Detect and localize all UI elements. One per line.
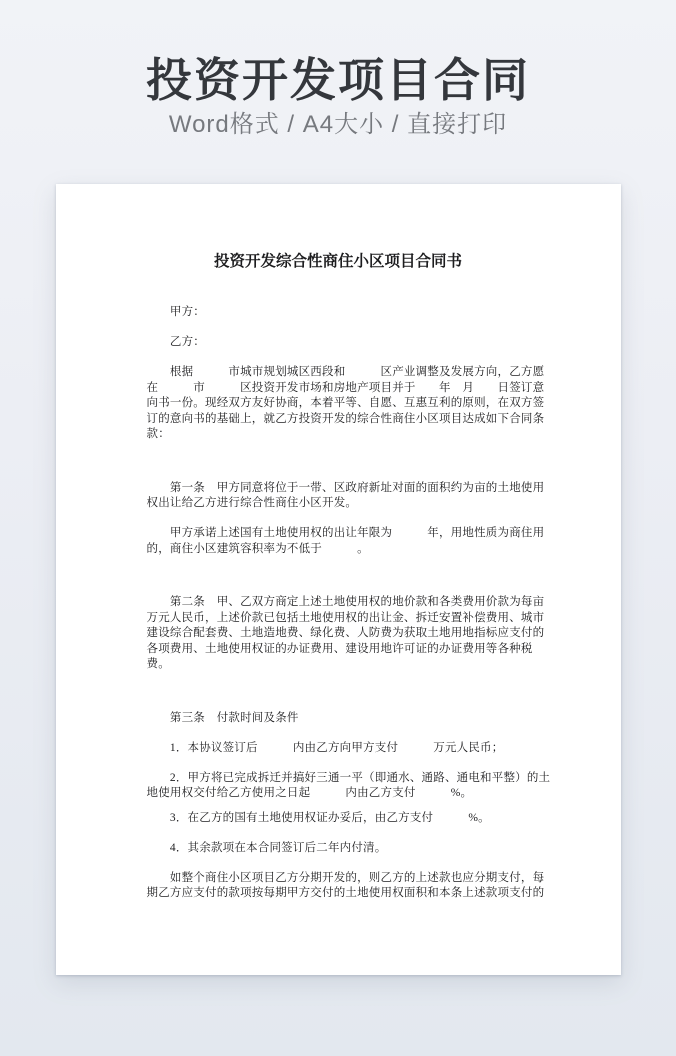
doc-line: 地使用权交付给乙方使用之日起 内由乙方支付 %。 — [147, 786, 530, 802]
paragraph-block: 4．其余款项在本合同签订后二年内付清。 — [147, 841, 530, 857]
promo-header: 投资开发项目合同 Word格式 / A4大小 / 直接打印 — [0, 0, 676, 140]
doc-line: 万元人民币，上述价款已包括土地使用权的出让金、拆迁安置补偿费用、城市 — [147, 611, 530, 627]
doc-line: 根据 市城市规划城区西段和 区产业调整及发展方向，乙方愿 — [147, 365, 530, 381]
doc-line: 甲方： — [147, 305, 530, 321]
paragraph-block: 甲方承诺上述国有土地使用权的出让年限为 年，用地性质为商住用的，商住小区建筑容积… — [147, 526, 530, 557]
paragraph-block: 甲方： — [147, 305, 530, 321]
paragraph-block: 2．甲方将已完成拆迁并搞好三通一平（即通水、通路、通电和平整）的土地使用权交付给… — [147, 771, 530, 802]
doc-line: 款： — [147, 427, 530, 443]
document-title: 投资开发综合性商住小区项目合同书 — [147, 252, 530, 272]
doc-line: 2．甲方将已完成拆迁并搞好三通一平（即通水、通路、通电和平整）的土 — [147, 771, 530, 787]
paragraph-block: 根据 市城市规划城区西段和 区产业调整及发展方向，乙方愿在 市 区投资开发市场和… — [147, 365, 530, 443]
paragraph-block: 如整个商住小区项目乙方分期开发的，则乙方的上述款也应分期支付，每期乙方应支付的款… — [147, 871, 530, 902]
doc-line: 权出让给乙方进行综合性商住小区开发。 — [147, 496, 530, 512]
paragraph-block: 第三条 付款时间及条件 — [147, 711, 530, 727]
doc-line: 各项费用、土地使用权证的办证费用、建设用地许可证的办证费用等各种税 — [147, 642, 530, 658]
doc-line: 向书一份。现经双方友好协商，本着平等、自愿、互惠互利的原则，在双方签 — [147, 396, 530, 412]
doc-line: 费。 — [147, 657, 530, 673]
document-body: 甲方： 乙方： 根据 市城市规划城区西段和 区产业调整及发展方向，乙方愿在 市 … — [147, 305, 530, 902]
paragraph-block: 第一条 甲方同意将位于一带、区政府新址对面的面积约为亩的土地使用权出让给乙方进行… — [147, 481, 530, 512]
doc-line: 1．本协议签订后 内由乙方向甲方支付 万元人民币； — [147, 741, 530, 757]
page-subtitle: Word格式 / A4大小 / 直接打印 — [0, 110, 676, 140]
paragraph-block: 1．本协议签订后 内由乙方向甲方支付 万元人民币； — [147, 741, 530, 757]
doc-line: 第三条 付款时间及条件 — [147, 711, 530, 727]
doc-line: 建设综合配套费、土地造地费、绿化费、人防费为获取土地用地指标应支付的 — [147, 626, 530, 642]
document-page: 投资开发综合性商住小区项目合同书 甲方： 乙方： 根据 市城市规划城区西段和 区… — [56, 184, 621, 975]
doc-line: 的，商住小区建筑容积率为不低于 。 — [147, 542, 530, 558]
paragraph-block: 第二条 甲、乙双方商定上述土地使用权的地价款和各类费用价款为每亩万元人民币，上述… — [147, 595, 530, 673]
doc-line: 在 市 区投资开发市场和房地产项目并于 年 月 日签订意 — [147, 381, 530, 397]
page-title: 投资开发项目合同 — [0, 54, 676, 106]
doc-line: 乙方： — [147, 335, 530, 351]
doc-line: 期乙方应支付的款项按每期甲方交付的土地使用权面积和本条上述款项支付的 — [147, 886, 530, 902]
paragraph-block: 3．在乙方的国有土地使用权证办妥后，由乙方支付 %。 — [147, 811, 530, 827]
doc-line: 如整个商住小区项目乙方分期开发的，则乙方的上述款也应分期支付，每 — [147, 871, 530, 887]
doc-line: 3．在乙方的国有土地使用权证办妥后，由乙方支付 %。 — [147, 811, 530, 827]
doc-line: 甲方承诺上述国有土地使用权的出让年限为 年，用地性质为商住用 — [147, 526, 530, 542]
doc-line: 第二条 甲、乙双方商定上述土地使用权的地价款和各类费用价款为每亩 — [147, 595, 530, 611]
doc-line: 4．其余款项在本合同签订后二年内付清。 — [147, 841, 530, 857]
doc-line: 第一条 甲方同意将位于一带、区政府新址对面的面积约为亩的土地使用 — [147, 481, 530, 497]
doc-line: 订的意向书的基础上，就乙方投资开发的综合性商住小区项目达成如下合同条 — [147, 412, 530, 428]
paragraph-block: 乙方： — [147, 335, 530, 351]
